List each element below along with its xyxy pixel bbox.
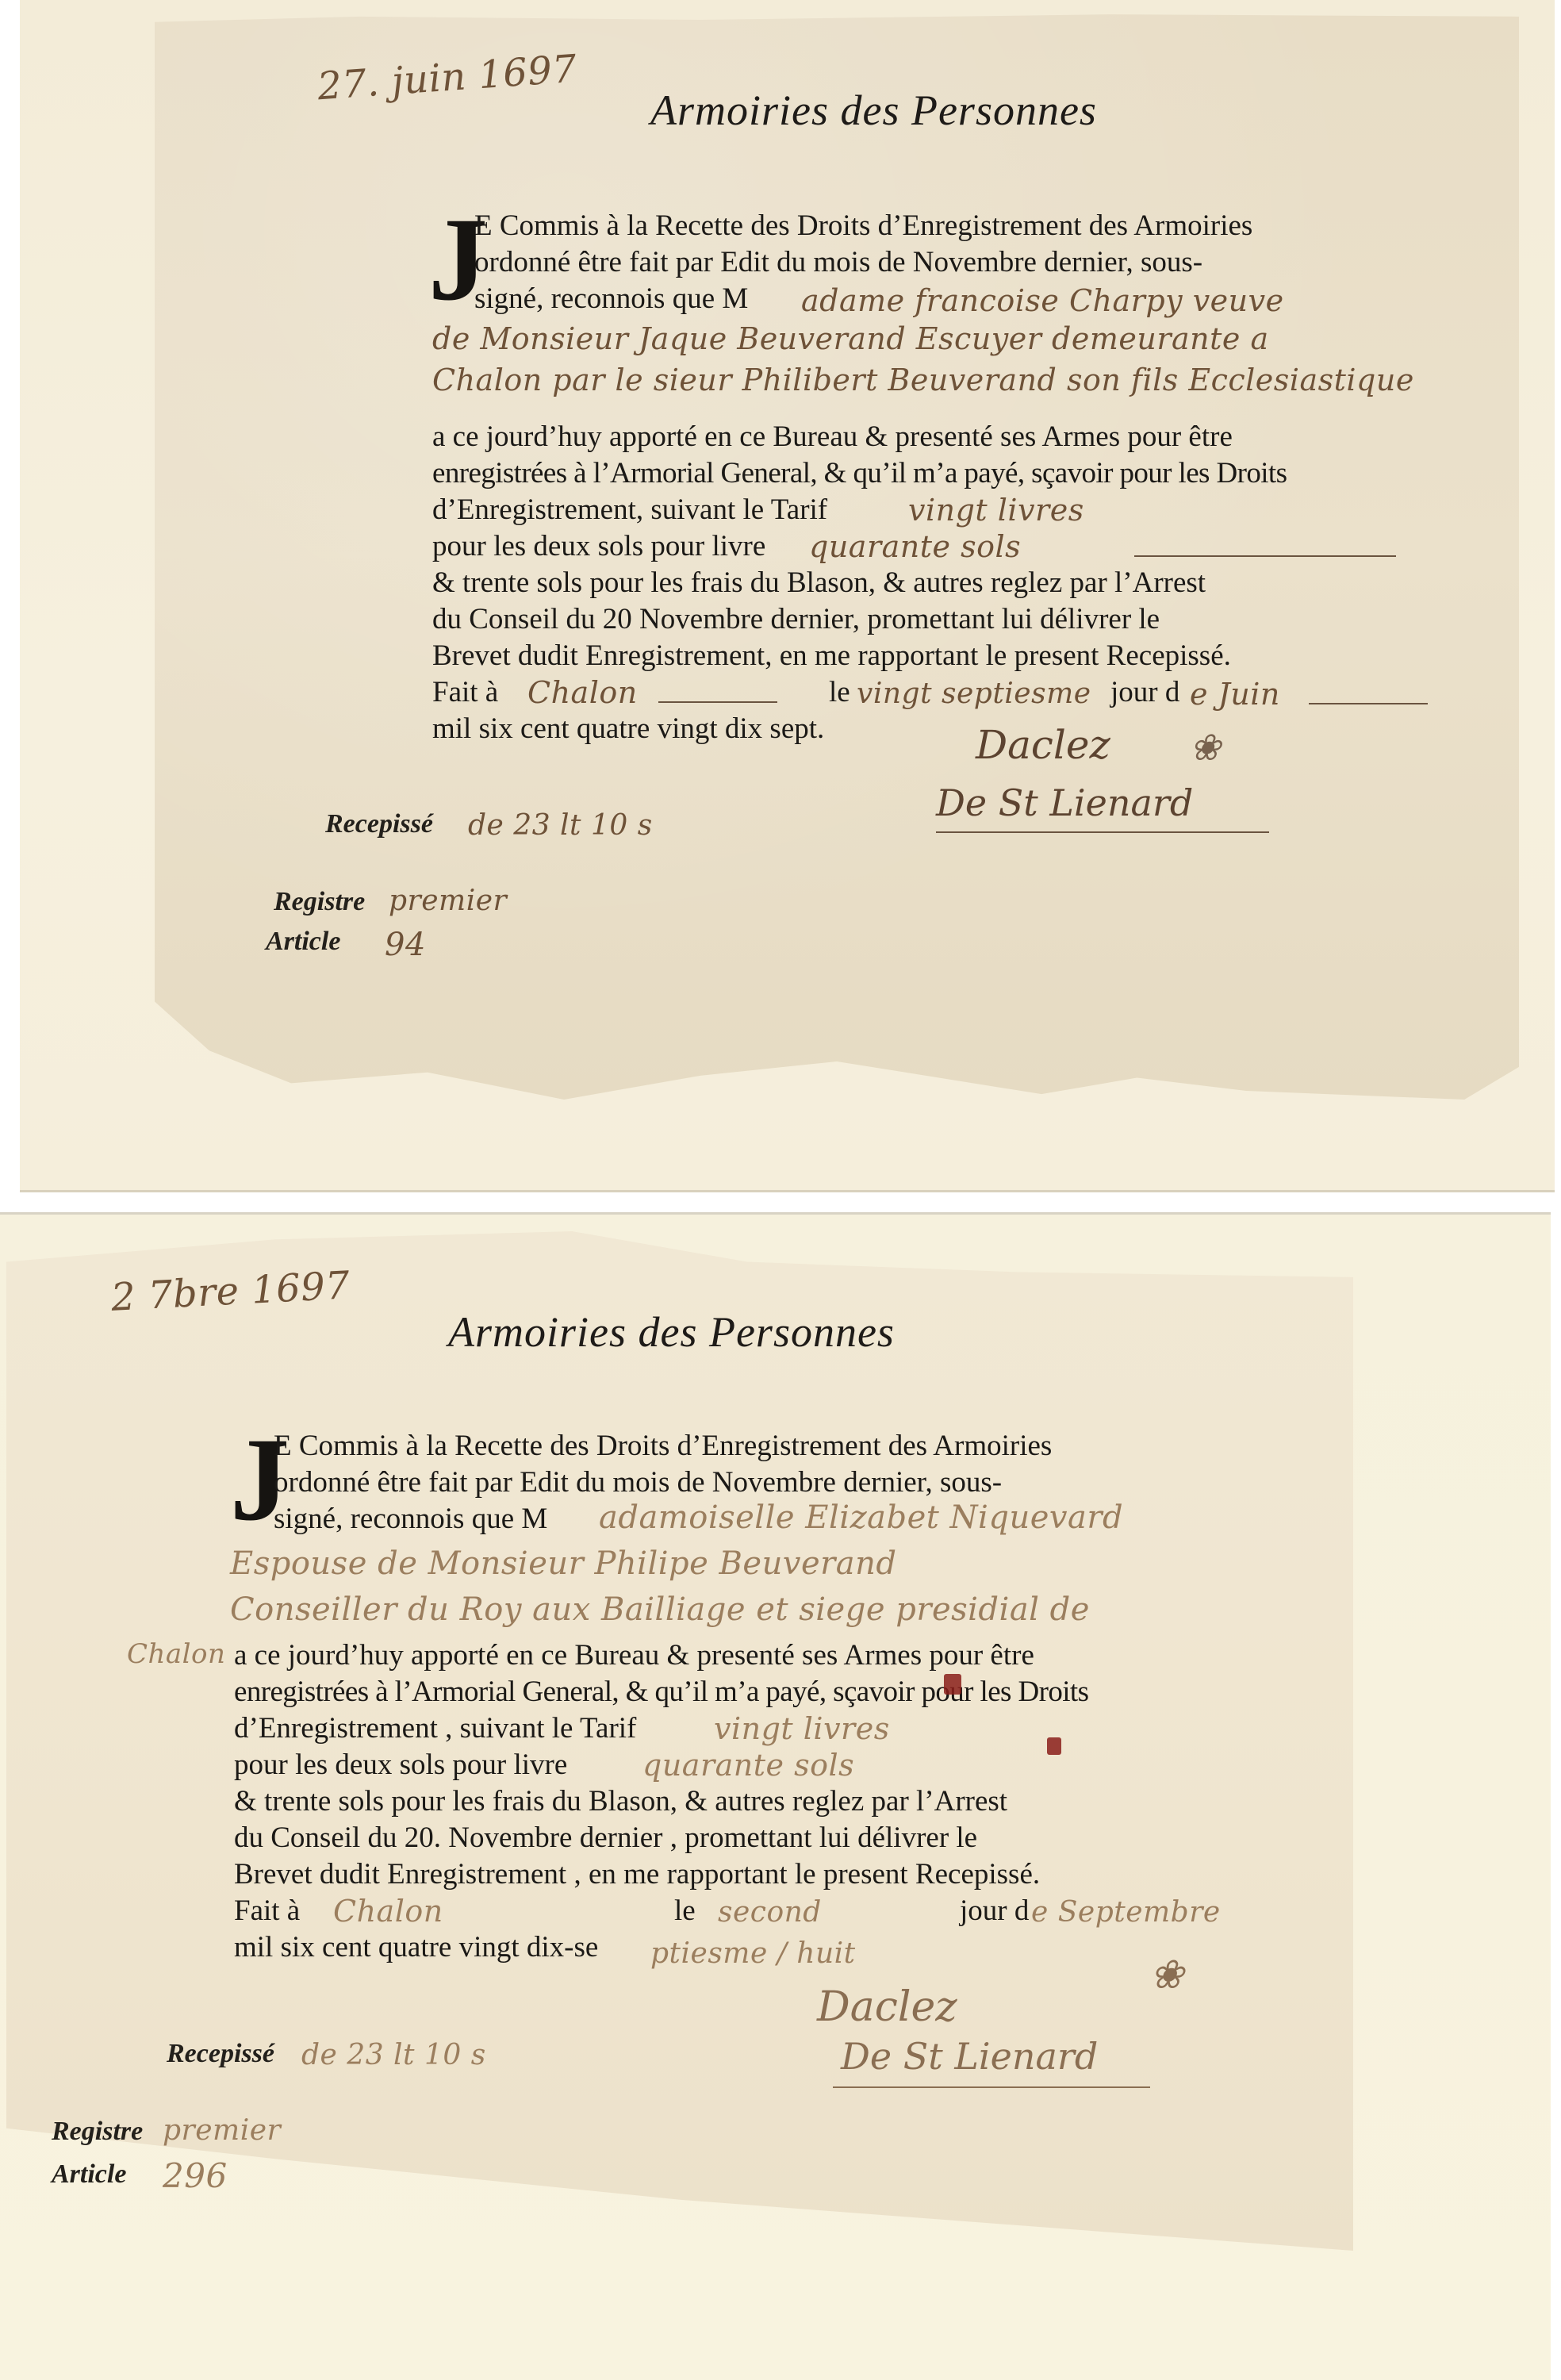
jour-label: jour d xyxy=(1110,674,1179,711)
body-line: a ce jourd’huy apporté en ce Bureau & pr… xyxy=(432,419,1233,455)
handwritten-name: Espouse de Monsieur Philipe Beuverand xyxy=(230,1545,896,1582)
body-line: enregistrées à l’Armorial General, & qu’… xyxy=(432,455,1287,492)
registre-label: Registre xyxy=(52,2117,143,2147)
month-value: e Juin xyxy=(1190,676,1280,712)
body-line: ordonné être fait par Edit du mois de No… xyxy=(274,1464,1002,1501)
year-line: mil six cent quatre vingt dix-se xyxy=(234,1929,598,1966)
handwritten-name: adamoiselle Elizabet Niquevard xyxy=(599,1499,1123,1536)
day-value: vingt septiesme xyxy=(857,676,1091,712)
signature-underline xyxy=(936,831,1269,833)
le-label: le xyxy=(674,1893,696,1929)
margin-note: Chalon xyxy=(127,1636,225,1672)
body-line: pour les deux sols pour livre xyxy=(234,1747,567,1783)
signature-flourish: ❀ xyxy=(1150,1952,1183,1998)
signature-daclez: Daclez xyxy=(817,1983,957,2031)
year-handwritten: ptiesme / huit xyxy=(650,1936,856,1972)
body-line: pour les deux sols pour livre xyxy=(432,528,765,565)
body-line: signé, reconnois que M xyxy=(274,1501,547,1537)
handwritten-name: adame francoise Charpy veuve xyxy=(801,282,1284,319)
body-line: Brevet dudit Enregistrement, en me rappo… xyxy=(432,638,1231,674)
body-line: a ce jourd’huy apporté en ce Bureau & pr… xyxy=(234,1637,1034,1674)
place-name: Chalon xyxy=(333,1893,443,1929)
le-label: le xyxy=(829,674,850,711)
handwritten-name: Chalon par le sieur Philibert Beuverand … xyxy=(432,362,1414,398)
fill-line xyxy=(658,701,777,703)
signature-flourish: ❀ xyxy=(1190,726,1221,769)
fait-label: Fait à xyxy=(234,1893,300,1929)
tarif-amount: vingt livres xyxy=(714,1710,890,1747)
fill-line xyxy=(1134,555,1396,557)
recepisse-label: Recepissé xyxy=(325,809,433,839)
registre-value: premier xyxy=(163,2114,281,2147)
article-value: 296 xyxy=(163,2156,228,2195)
body-line: ordonné être fait par Edit du mois de No… xyxy=(474,244,1202,281)
fait-label: Fait à xyxy=(432,674,498,711)
body-line: du Conseil du 20. Novembre dernier , pro… xyxy=(234,1820,977,1856)
signature-de-st-lienard: De St Lienard xyxy=(841,2035,1098,2078)
month-value: e Septembre xyxy=(1031,1894,1221,1931)
document-title: Armoiries des Personnes xyxy=(650,86,1097,135)
body-line: d’Enregistrement , suivant le Tarif xyxy=(234,1710,636,1747)
body-line: E Commis à la Recette des Droits d’Enreg… xyxy=(274,1428,1052,1464)
signature-underline xyxy=(833,2086,1150,2088)
sols-amount: quarante sols xyxy=(809,528,1021,565)
recepisse-value: de 23 lt 10 s xyxy=(468,809,653,842)
document-title: Armoiries des Personnes xyxy=(448,1307,895,1357)
wax-seal-fragment xyxy=(1047,1737,1061,1755)
jour-label: jour d xyxy=(960,1893,1029,1929)
handwritten-name: Conseiller du Roy aux Bailliage et siege… xyxy=(230,1591,1090,1628)
registre-value: premier xyxy=(389,885,507,917)
sols-amount: quarante sols xyxy=(642,1747,854,1783)
registre-label: Registre xyxy=(274,887,365,917)
body-line: signé, reconnois que M xyxy=(474,281,748,317)
receipt-document-2 xyxy=(6,1231,1353,2251)
body-line: & trente sols pour les frais du Blason, … xyxy=(234,1783,1007,1820)
article-value: 94 xyxy=(385,927,426,963)
body-line: du Conseil du 20 Novembre dernier, prome… xyxy=(432,601,1160,638)
body-line: E Commis à la Recette des Droits d’Enreg… xyxy=(474,208,1252,244)
article-label: Article xyxy=(266,927,340,957)
wax-seal-fragment xyxy=(944,1674,961,1695)
tarif-amount: vingt livres xyxy=(908,492,1084,528)
recepisse-value: de 23 lt 10 s xyxy=(301,2039,486,2071)
signature-daclez: Daclez xyxy=(976,722,1110,768)
handwritten-name: de Monsieur Jaque Beuverand Escuyer deme… xyxy=(432,321,1269,357)
fill-line xyxy=(1309,703,1428,704)
article-label: Article xyxy=(52,2159,126,2190)
year-line: mil six cent quatre vingt dix sept. xyxy=(432,711,824,747)
signature-de-st-lienard: De St Lienard xyxy=(936,781,1193,824)
recepisse-label: Recepissé xyxy=(167,2039,274,2069)
body-line: Brevet dudit Enregistrement , en me rapp… xyxy=(234,1856,1040,1893)
body-line: & trente sols pour les frais du Blason, … xyxy=(432,565,1206,601)
place-name: Chalon xyxy=(527,674,638,711)
body-line: d’Enregistrement, suivant le Tarif xyxy=(432,492,827,528)
day-value: second xyxy=(718,1894,822,1931)
